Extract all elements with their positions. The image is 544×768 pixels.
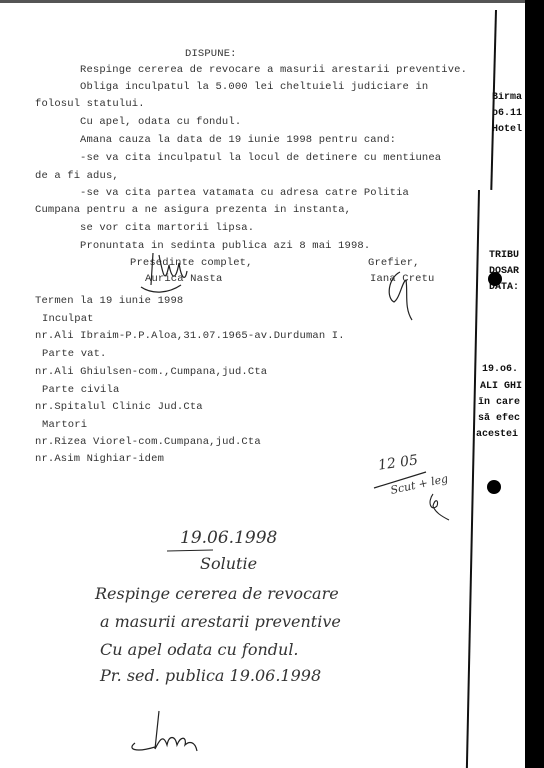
party-role: Martori bbox=[42, 419, 87, 432]
scan-edge bbox=[0, 0, 544, 3]
paragraph-3: Cu apel, odata cu fondul. bbox=[80, 116, 241, 129]
punch-hole bbox=[488, 272, 502, 286]
adjacent-line: Birma bbox=[492, 92, 525, 103]
punch-hole bbox=[487, 480, 501, 494]
paragraph-4: Amana cauza la data de 19 iunie 1998 pen… bbox=[80, 134, 396, 147]
party-role: Parte civila bbox=[42, 384, 119, 397]
margin-initials bbox=[425, 492, 455, 522]
adjacent-line: o6.11 bbox=[492, 108, 525, 119]
paragraph-7: se vor cita martorii lipsa. bbox=[80, 222, 254, 235]
party-role: Parte vat. bbox=[42, 348, 107, 361]
scan-border bbox=[525, 0, 544, 768]
adjacent-line: acestei bbox=[476, 429, 525, 440]
paragraph-2-cont: folosul statului. bbox=[35, 98, 145, 111]
party-entry: nr.Spitalul Clinic Jud.Cta bbox=[35, 401, 203, 414]
handwritten-date: 19.06.1998 bbox=[180, 528, 277, 548]
handwritten-line: Respinge cererea de revocare bbox=[95, 584, 339, 603]
adjacent-line: TRIBU bbox=[489, 250, 525, 261]
president-signature bbox=[135, 245, 215, 295]
handwritten-signature bbox=[125, 705, 215, 755]
paragraph-5: -se va cita inculpatul la locul de detin… bbox=[80, 152, 441, 165]
party-entry: nr.Ali Ibraim-P.P.Aloa,31.07.1965-av.Dur… bbox=[35, 330, 345, 343]
paragraph-5-cont: de a fi adus, bbox=[35, 170, 119, 183]
handwritten-line: Cu apel odata cu fondul. bbox=[100, 640, 299, 659]
paragraph-2: Obliga inculpatul la 5.000 lei cheltuiel… bbox=[80, 81, 428, 94]
page-edge-divider bbox=[466, 190, 480, 768]
paragraph-1: Respinge cererea de revocare a masurii a… bbox=[80, 64, 467, 77]
clerk-signature bbox=[382, 268, 422, 323]
handwritten-line: Pr. sed. publica 19.06.1998 bbox=[100, 666, 321, 685]
handwritten-title: Solutie bbox=[200, 554, 257, 573]
term-title: Termen la 19 iunie 1998 bbox=[35, 295, 183, 308]
party-entry: nr.Rizea Viorel-com.Cumpana,jud.Cta bbox=[35, 436, 261, 449]
paragraph-6: -se va cita partea vatamata cu adresa ca… bbox=[80, 187, 409, 200]
party-entry: nr.Asim Nighiar-idem bbox=[35, 453, 164, 466]
party-entry: nr.Ali Ghiulsen-com.,Cumpana,jud.Cta bbox=[35, 366, 267, 379]
adjacent-line: 19.o6. bbox=[482, 364, 525, 375]
adjacent-line: în care bbox=[478, 397, 525, 408]
party-role: Inculpat bbox=[42, 313, 94, 326]
paragraph-6-cont: Cumpana pentru a ne asigura prezenta in … bbox=[35, 204, 351, 217]
adjacent-line: ALI GHI bbox=[480, 381, 525, 392]
section-heading: DISPUNE: bbox=[185, 48, 237, 61]
adjacent-line: Hotel bbox=[492, 124, 525, 135]
adjacent-line: să efec bbox=[478, 413, 525, 424]
handwritten-line: a masurii arestarii preventive bbox=[100, 612, 341, 631]
pronouncement: Pronuntata in sedinta publica azi 8 mai … bbox=[80, 240, 370, 253]
